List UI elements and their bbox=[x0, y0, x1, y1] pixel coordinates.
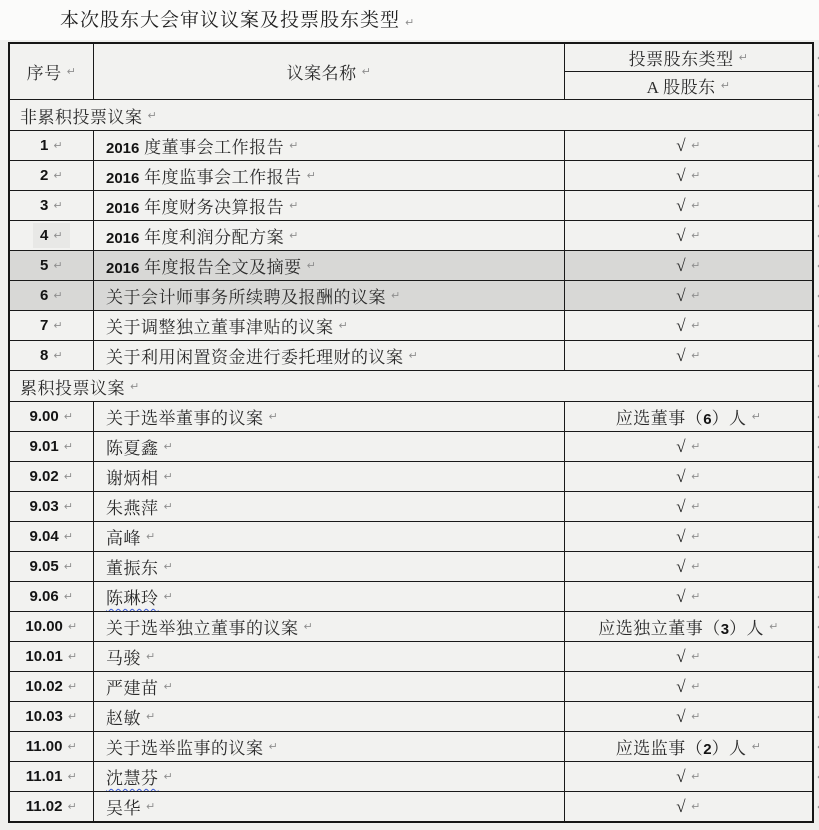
paragraph-mark: ↵ bbox=[68, 710, 78, 723]
section-row: 累积投票议案↵ bbox=[10, 371, 812, 401]
proposal-name: 关于选举独立董事的议案 bbox=[106, 614, 299, 639]
seq-cell: 9.00↵ bbox=[10, 402, 93, 431]
paragraph-mark: ↵ bbox=[362, 65, 372, 78]
paragraph-mark: ↵ bbox=[148, 109, 158, 122]
paragraph-mark: ↵ bbox=[68, 620, 78, 633]
vote-value: √ bbox=[676, 677, 686, 697]
proposal-name-cell: 2016 度董事会工作报告↵ bbox=[94, 131, 564, 160]
header-voter-type-label: 投票股东类型 bbox=[629, 45, 734, 70]
proposal-name: 高峰 bbox=[106, 524, 141, 549]
paragraph-mark: ↵ bbox=[691, 139, 701, 152]
paragraph-mark: ↵ bbox=[691, 289, 701, 302]
seq-cell: 9.06↵ bbox=[10, 582, 93, 611]
seq-cell: 1↵ bbox=[10, 131, 93, 160]
header-seq-cell: 序号↵ bbox=[10, 44, 93, 99]
vote-cell: √↵ bbox=[565, 221, 812, 250]
vote-value: √ bbox=[676, 196, 686, 216]
paragraph-mark: ↵ bbox=[289, 199, 299, 212]
proposal-name-cell: 关于利用闲置资金进行委托理财的议案↵ bbox=[94, 341, 564, 370]
vote-cell: √↵ bbox=[565, 311, 812, 340]
header-name-label: 议案名称 bbox=[287, 59, 357, 84]
proposals-table: 序号↵ 议案名称↵ 投票股东类型↵ A 股股东↵ 非累积投票议案↵1↵2016 … bbox=[8, 42, 814, 823]
vote-cell: √↵ bbox=[565, 281, 812, 310]
header-seq-label: 序号 bbox=[27, 59, 62, 84]
seq-cell: 8↵ bbox=[10, 341, 93, 370]
proposal-name-cell: 2016 年度利润分配方案↵ bbox=[94, 221, 564, 250]
seq-cell: 6↵ bbox=[10, 281, 93, 310]
vote-value: √ bbox=[676, 497, 686, 517]
seq-cell: 10.03↵ bbox=[10, 702, 93, 731]
seq-cell: 9.05↵ bbox=[10, 552, 93, 581]
section-label: 非累积投票议案 bbox=[20, 103, 143, 128]
seq-cell: 10.02↵ bbox=[10, 672, 93, 701]
vote-cell: √↵ bbox=[565, 522, 812, 551]
vote-value: √ bbox=[676, 707, 686, 727]
paragraph-mark: ↵ bbox=[391, 289, 401, 302]
paragraph-mark: ↵ bbox=[53, 229, 63, 242]
proposal-name: 马骏 bbox=[106, 644, 141, 669]
paragraph-mark: ↵ bbox=[53, 259, 63, 272]
paragraph-mark: ↵ bbox=[64, 560, 74, 573]
vote-cell: 应选监事（2）人↵ bbox=[565, 732, 812, 761]
vote-value: √ bbox=[676, 647, 686, 667]
vote-value: √ bbox=[676, 136, 686, 156]
proposal-name-cell: 赵敏↵ bbox=[94, 702, 564, 731]
proposal-name-cell: 陈夏鑫↵ bbox=[94, 432, 564, 461]
paragraph-mark: ↵ bbox=[64, 590, 74, 603]
proposal-name-cell: 董振东↵ bbox=[94, 552, 564, 581]
proposal-name: 吴华 bbox=[106, 794, 141, 819]
proposal-name-cell: 2016 年度报告全文及摘要↵ bbox=[94, 251, 564, 280]
vote-value: 应选董事（6）人 bbox=[616, 404, 747, 429]
paragraph-mark: ↵ bbox=[289, 139, 299, 152]
section-row: 非累积投票议案↵ bbox=[10, 100, 812, 130]
paragraph-mark: ↵ bbox=[691, 800, 701, 813]
paragraph-mark: ↵ bbox=[68, 740, 78, 753]
vote-value: √ bbox=[676, 797, 686, 817]
paragraph-mark: ↵ bbox=[68, 770, 78, 783]
proposal-name-cell: 关于选举独立董事的议案↵ bbox=[94, 612, 564, 641]
vote-value: √ bbox=[676, 226, 686, 246]
vote-cell: √↵ bbox=[565, 492, 812, 521]
seq-cell: 5↵ bbox=[10, 251, 93, 280]
paragraph-mark: ↵ bbox=[269, 740, 279, 753]
paragraph-mark: ↵ bbox=[769, 620, 779, 633]
proposal-name: 董振东 bbox=[106, 554, 159, 579]
paragraph-mark: ↵ bbox=[53, 169, 63, 182]
paragraph-mark: ↵ bbox=[691, 349, 701, 362]
proposal-name-cell: 朱燕萍↵ bbox=[94, 492, 564, 521]
vote-value: √ bbox=[676, 767, 686, 787]
paragraph-mark: ↵ bbox=[339, 319, 349, 332]
seq-cell: 10.00↵ bbox=[10, 612, 93, 641]
paragraph-mark: ↵ bbox=[146, 710, 156, 723]
proposal-name: 陈夏鑫 bbox=[106, 434, 159, 459]
paragraph-mark: ↵ bbox=[691, 590, 701, 603]
vote-cell: √↵ bbox=[565, 432, 812, 461]
vote-value: √ bbox=[676, 467, 686, 487]
seq-cell: 9.03↵ bbox=[10, 492, 93, 521]
proposal-name: 谢炳相 bbox=[106, 464, 159, 489]
paragraph-mark: ↵ bbox=[307, 169, 317, 182]
paragraph-mark: ↵ bbox=[691, 560, 701, 573]
proposal-name: 赵敏 bbox=[106, 704, 141, 729]
paragraph-mark: ↵ bbox=[307, 259, 317, 272]
proposal-name-cell: 关于调整独立董事津贴的议案↵ bbox=[94, 311, 564, 340]
paragraph-mark: ↵ bbox=[289, 229, 299, 242]
proposal-name-cell: 沈慧芬↵ bbox=[94, 762, 564, 791]
header-name-cell: 议案名称↵ bbox=[94, 44, 564, 99]
proposal-name-cell: 吴华↵ bbox=[94, 792, 564, 821]
vote-cell: √↵ bbox=[565, 341, 812, 370]
proposal-name: 关于调整独立董事津贴的议案 bbox=[106, 313, 334, 338]
paragraph-mark: ↵ bbox=[691, 500, 701, 513]
paragraph-mark: ↵ bbox=[721, 79, 731, 92]
proposal-name-cell: 陈琳玲↵ bbox=[94, 582, 564, 611]
paragraph-mark: ↵ bbox=[164, 770, 174, 783]
proposal-name: 2016 年度财务决算报告 bbox=[106, 193, 284, 218]
seq-cell: 11.00↵ bbox=[10, 732, 93, 761]
paragraph-mark: ↵ bbox=[64, 530, 74, 543]
vote-cell: √↵ bbox=[565, 161, 812, 190]
proposal-name: 朱燕萍 bbox=[106, 494, 159, 519]
vote-value: √ bbox=[676, 346, 686, 366]
paragraph-mark: ↵ bbox=[146, 650, 156, 663]
seq-cell: 10.01↵ bbox=[10, 642, 93, 671]
paragraph-mark: ↵ bbox=[68, 650, 78, 663]
paragraph-mark: ↵ bbox=[67, 65, 77, 78]
paragraph-mark: ↵ bbox=[146, 530, 156, 543]
paragraph-mark: ↵ bbox=[691, 680, 701, 693]
selection-highlight: 4↵ bbox=[33, 223, 70, 248]
paragraph-mark: ↵ bbox=[53, 199, 63, 212]
proposal-name: 2016 年度利润分配方案 bbox=[106, 223, 284, 248]
proposal-name: 关于利用闲置资金进行委托理财的议案 bbox=[106, 343, 404, 368]
proposal-name-cell: 关于选举董事的议案↵ bbox=[94, 402, 564, 431]
paragraph-mark: ↵ bbox=[64, 410, 74, 423]
document-page: 本次股东大会审议议案及投票股东类型↵ 序号↵ 议案名称↵ 投票股东类型↵ A 股… bbox=[0, 0, 819, 830]
paragraph-mark: ↵ bbox=[409, 349, 419, 362]
paragraph-mark: ↵ bbox=[691, 770, 701, 783]
proposal-name-cell: 严建苗↵ bbox=[94, 672, 564, 701]
vote-cell: √↵ bbox=[565, 702, 812, 731]
paragraph-mark: ↵ bbox=[691, 710, 701, 723]
paragraph-mark: ↵ bbox=[164, 590, 174, 603]
paragraph-mark: ↵ bbox=[405, 16, 415, 29]
paragraph-mark: ↵ bbox=[53, 139, 63, 152]
vote-value: √ bbox=[676, 437, 686, 457]
paragraph-mark: ↵ bbox=[691, 650, 701, 663]
vote-value: √ bbox=[676, 166, 686, 186]
vote-value: 应选监事（2）人 bbox=[616, 734, 747, 759]
header-voter-subtype-label: A 股股东 bbox=[647, 73, 716, 98]
vote-value: √ bbox=[676, 286, 686, 306]
proposal-name: 严建苗 bbox=[106, 674, 159, 699]
vote-cell: √↵ bbox=[565, 582, 812, 611]
seq-cell: 9.01↵ bbox=[10, 432, 93, 461]
paragraph-mark: ↵ bbox=[739, 51, 749, 64]
proposal-name: 2016 年度监事会工作报告 bbox=[106, 163, 302, 188]
proposal-name-cell: 关于会计师事务所续聘及报酬的议案↵ bbox=[94, 281, 564, 310]
paragraph-mark: ↵ bbox=[64, 440, 74, 453]
paragraph-mark: ↵ bbox=[691, 530, 701, 543]
vote-cell: √↵ bbox=[565, 642, 812, 671]
paragraph-mark: ↵ bbox=[691, 319, 701, 332]
vote-value: √ bbox=[676, 316, 686, 336]
proposal-name: 陈琳玲 bbox=[106, 584, 159, 609]
paragraph-mark: ↵ bbox=[691, 229, 701, 242]
vote-value: √ bbox=[676, 557, 686, 577]
paragraph-mark: ↵ bbox=[164, 470, 174, 483]
vote-value: √ bbox=[676, 587, 686, 607]
paragraph-mark: ↵ bbox=[752, 410, 762, 423]
header-voter-type-cell: 投票股东类型↵ bbox=[565, 44, 812, 71]
paragraph-mark: ↵ bbox=[691, 440, 701, 453]
paragraph-mark: ↵ bbox=[164, 500, 174, 513]
vote-value: √ bbox=[676, 256, 686, 276]
page-title: 本次股东大会审议议案及投票股东类型↵ bbox=[60, 5, 415, 32]
seq-cell: 9.02↵ bbox=[10, 462, 93, 491]
paragraph-mark: ↵ bbox=[64, 500, 74, 513]
proposal-name: 关于选举董事的议案 bbox=[106, 404, 264, 429]
proposal-name: 关于会计师事务所续聘及报酬的议案 bbox=[106, 283, 386, 308]
vote-cell: √↵ bbox=[565, 672, 812, 701]
vote-cell: √↵ bbox=[565, 762, 812, 791]
vote-cell: √↵ bbox=[565, 552, 812, 581]
paragraph-mark: ↵ bbox=[691, 470, 701, 483]
proposal-name-cell: 2016 年度监事会工作报告↵ bbox=[94, 161, 564, 190]
paragraph-mark: ↵ bbox=[64, 470, 74, 483]
header-voter-subtype-cell: A 股股东↵ bbox=[565, 72, 812, 99]
paragraph-mark: ↵ bbox=[53, 319, 63, 332]
paragraph-mark: ↵ bbox=[146, 800, 156, 813]
paragraph-mark: ↵ bbox=[68, 680, 78, 693]
vote-value: √ bbox=[676, 527, 686, 547]
seq-cell: 11.01↵ bbox=[10, 762, 93, 791]
proposal-name: 沈慧芬 bbox=[106, 764, 159, 789]
paragraph-mark: ↵ bbox=[752, 740, 762, 753]
vote-cell: √↵ bbox=[565, 131, 812, 160]
vote-cell: √↵ bbox=[565, 792, 812, 821]
proposal-name: 2016 度董事会工作报告 bbox=[106, 133, 284, 158]
seq-cell: 11.02↵ bbox=[10, 792, 93, 821]
paragraph-mark: ↵ bbox=[164, 560, 174, 573]
vote-cell: √↵ bbox=[565, 191, 812, 220]
section-label: 累积投票议案 bbox=[20, 374, 125, 399]
paragraph-mark: ↵ bbox=[691, 259, 701, 272]
proposal-name: 2016 年度报告全文及摘要 bbox=[106, 253, 302, 278]
paragraph-mark: ↵ bbox=[164, 680, 174, 693]
proposal-name: 关于选举监事的议案 bbox=[106, 734, 264, 759]
paragraph-mark: ↵ bbox=[130, 380, 140, 393]
paragraph-mark: ↵ bbox=[304, 620, 314, 633]
proposal-name-cell: 高峰↵ bbox=[94, 522, 564, 551]
proposal-name-cell: 马骏↵ bbox=[94, 642, 564, 671]
vote-cell: √↵ bbox=[565, 251, 812, 280]
seq-cell: 9.04↵ bbox=[10, 522, 93, 551]
paragraph-mark: ↵ bbox=[691, 199, 701, 212]
vote-value: 应选独立董事（3）人 bbox=[598, 614, 764, 639]
paragraph-mark: ↵ bbox=[269, 410, 279, 423]
proposal-name-cell: 2016 年度财务决算报告↵ bbox=[94, 191, 564, 220]
vote-cell: 应选董事（6）人↵ bbox=[565, 402, 812, 431]
paragraph-mark: ↵ bbox=[53, 349, 63, 362]
paragraph-mark: ↵ bbox=[691, 169, 701, 182]
vote-cell: √↵ bbox=[565, 462, 812, 491]
seq-cell: 3↵ bbox=[10, 191, 93, 220]
paragraph-mark: ↵ bbox=[164, 440, 174, 453]
proposal-name-cell: 谢炳相↵ bbox=[94, 462, 564, 491]
proposal-name-cell: 关于选举监事的议案↵ bbox=[94, 732, 564, 761]
paragraph-mark: ↵ bbox=[68, 800, 78, 813]
vote-cell: 应选独立董事（3）人↵ bbox=[565, 612, 812, 641]
seq-cell: 7↵ bbox=[10, 311, 93, 340]
page-title-text: 本次股东大会审议议案及投票股东类型 bbox=[60, 10, 400, 31]
paragraph-mark: ↵ bbox=[53, 289, 63, 302]
seq-cell: 4↵ bbox=[10, 221, 93, 250]
seq-cell: 2↵ bbox=[10, 161, 93, 190]
